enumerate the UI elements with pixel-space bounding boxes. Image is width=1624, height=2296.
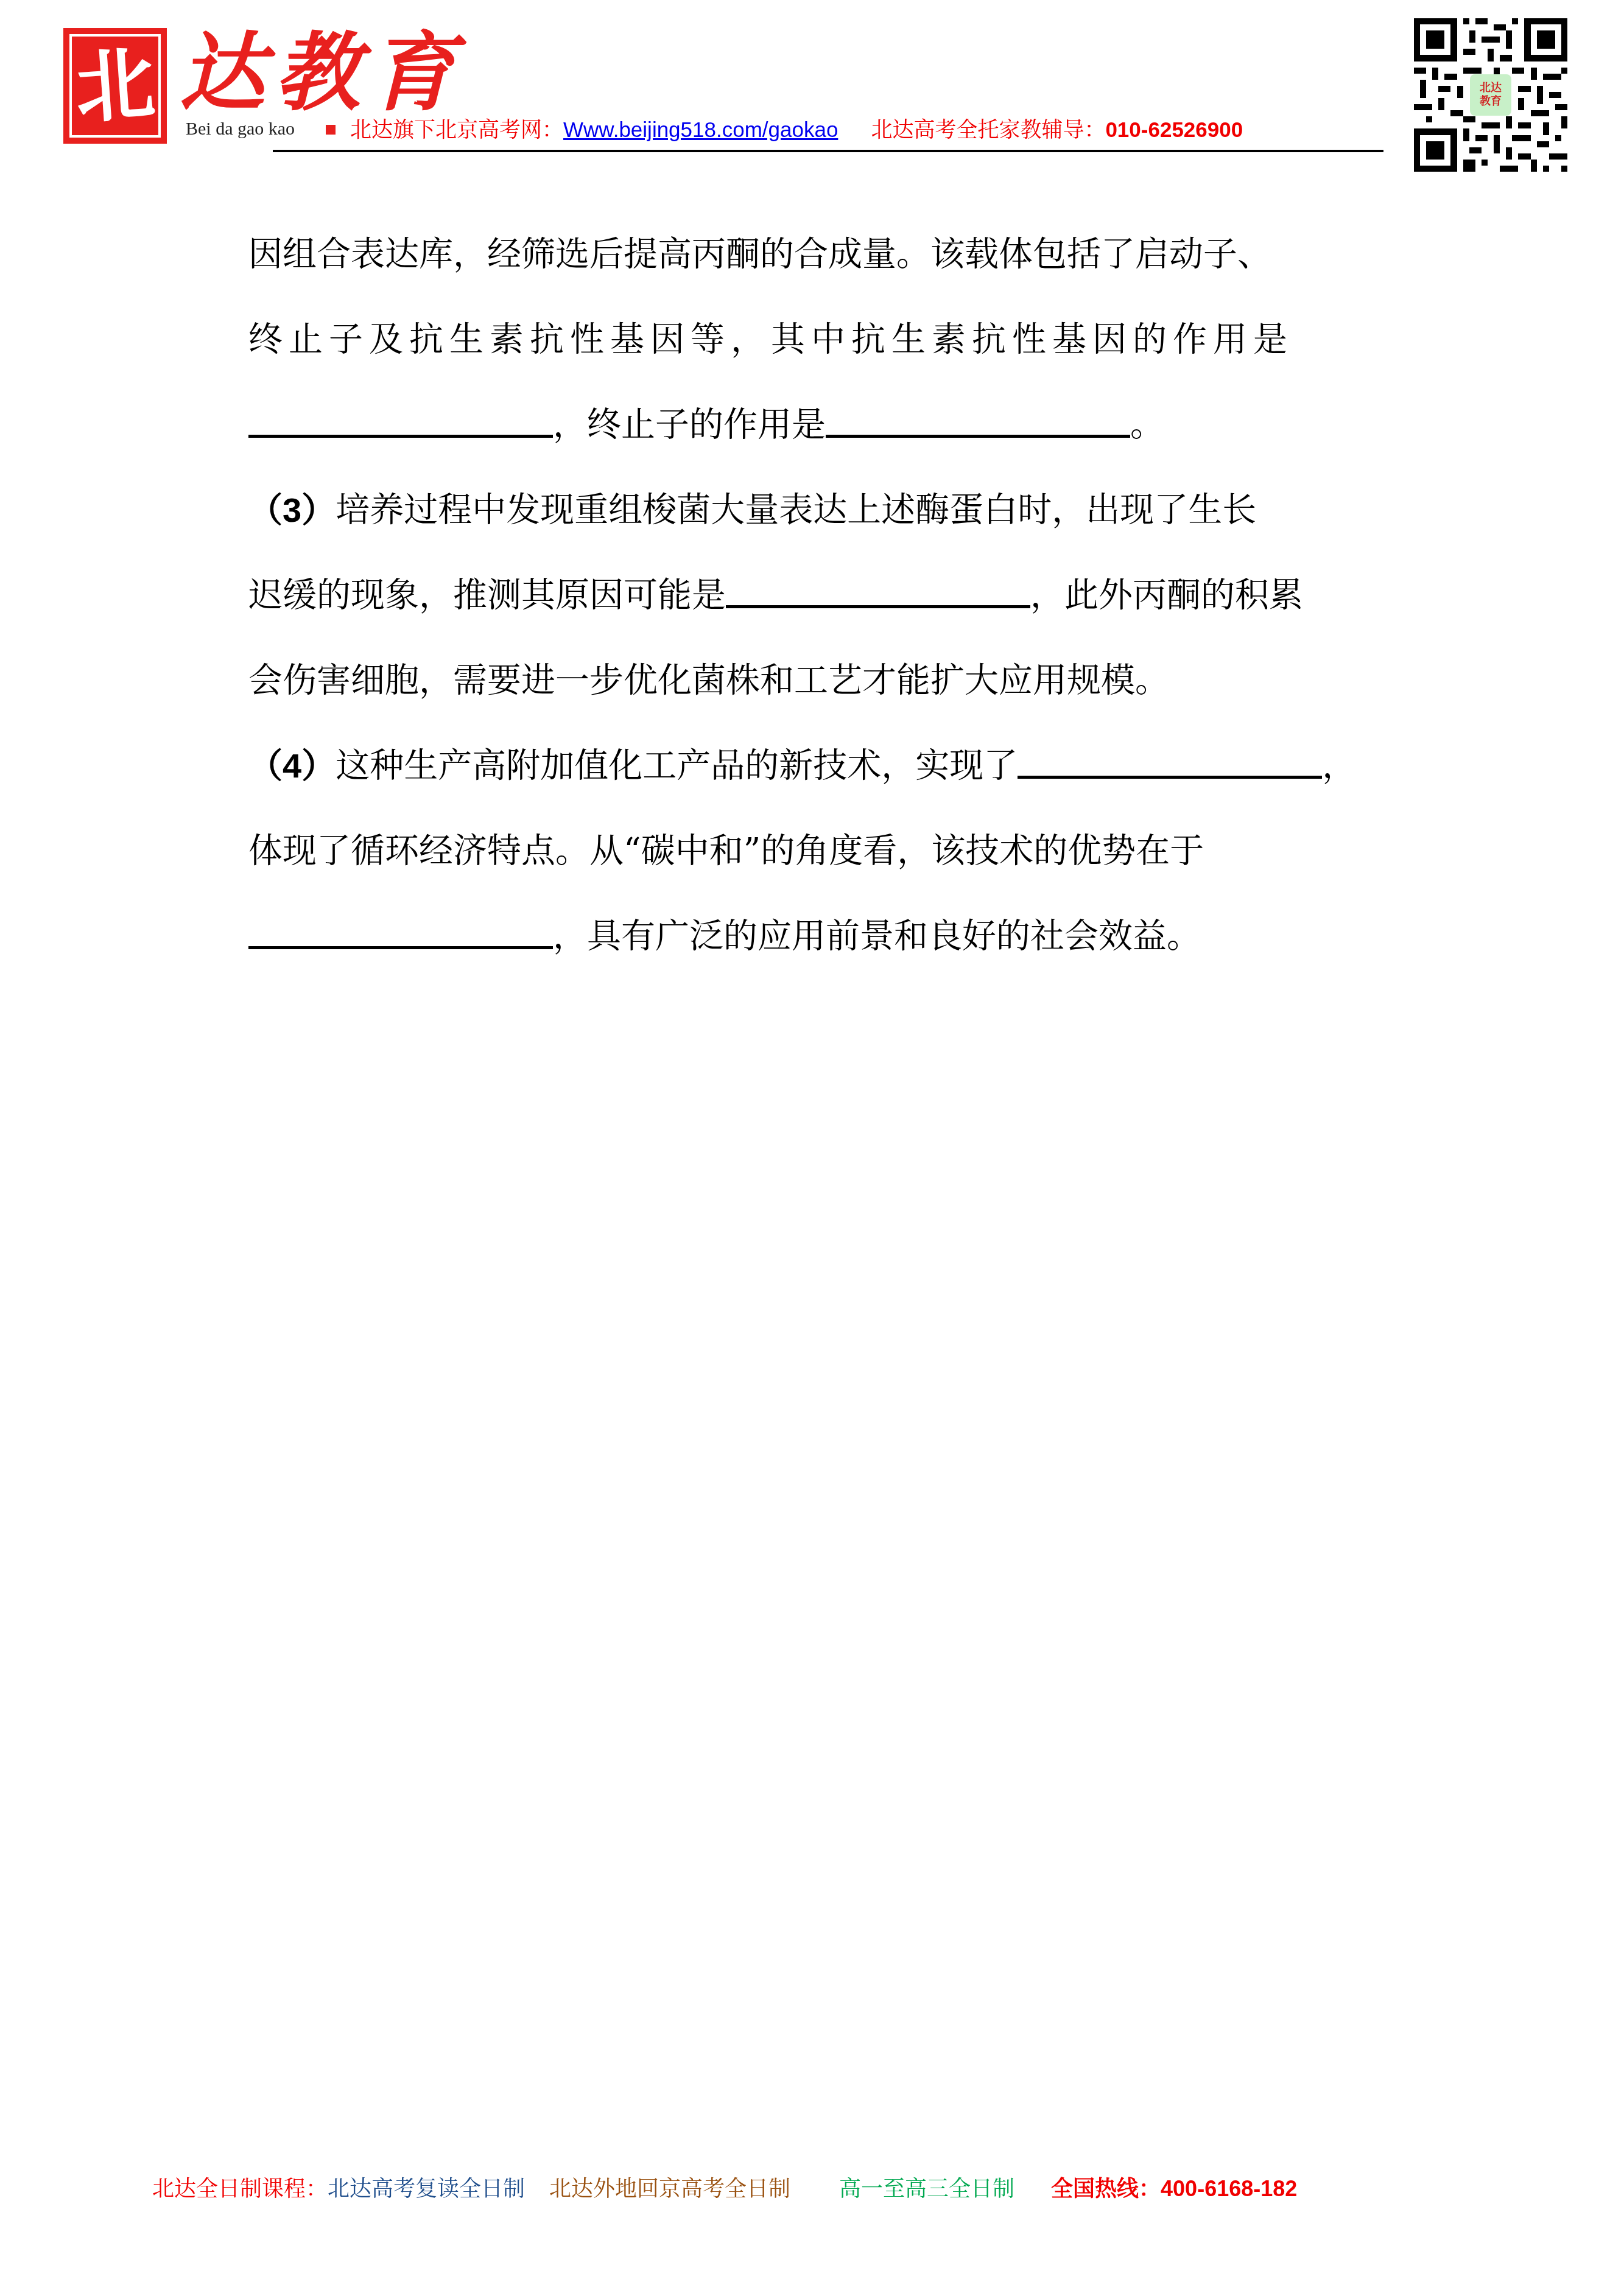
logo-title: 达教育 bbox=[180, 24, 465, 122]
answer-blank[interactable] bbox=[826, 435, 1130, 438]
tutoring-label: 北达高考全托家教辅导： bbox=[871, 118, 1105, 142]
qr-logo-badge: 北达 教育 bbox=[1470, 74, 1511, 116]
logo-seal: 北 bbox=[63, 28, 167, 144]
document-body: 因组合表达库，经筛选后提高丙酮的合成量。该载体包括了启动子、 终止子及抗生素抗性… bbox=[248, 212, 1382, 979]
site-label: 北达旗下北京高考网： bbox=[350, 118, 563, 142]
footer-course-1: 北达高考复读全日制 bbox=[328, 2177, 525, 2202]
question-4-line: （4）这种生产高附加值化工产品的新技术，实现了， bbox=[248, 723, 1382, 809]
text-line-with-blanks: ，具有广泛的应用前景和良好的社会效益。 bbox=[248, 894, 1382, 979]
question-4-label: （4） bbox=[248, 723, 336, 809]
footer-hotline-label: 全国热线： bbox=[1051, 2177, 1161, 2202]
text-line: 体现了循环经济特点。从“碳中和”的角度看，该技术的优势在于 bbox=[248, 809, 1382, 894]
qr-code: 北达 教育 bbox=[1414, 18, 1567, 172]
footer-course-3: 高一至高三全日制 bbox=[839, 2177, 1014, 2202]
site-link[interactable]: Www.beijing518.com/gaokao bbox=[563, 118, 838, 142]
text-line: 会伤害细胞，需要进一步优化菌株和工艺才能扩大应用规模。 bbox=[248, 638, 1382, 723]
header-info-line: 北达旗下北京高考网：Www.beijing518.com/gaokao北达高考全… bbox=[350, 117, 1243, 144]
tutoring-phone: 010-62526900 bbox=[1105, 118, 1243, 142]
footer-courses-label: 北达全日制课程： bbox=[152, 2177, 328, 2202]
question-3-line: （3）培养过程中发现重组梭菌大量表达上述酶蛋白时，出现了生长 bbox=[248, 468, 1382, 553]
logo-seal-char: 北 bbox=[73, 44, 158, 128]
answer-blank[interactable] bbox=[248, 946, 553, 949]
text-line-with-blanks: ，终止子的作用是。 bbox=[248, 382, 1382, 468]
text-line: 因组合表达库，经筛选后提高丙酮的合成量。该载体包括了启动子、 bbox=[248, 212, 1382, 297]
text-line-with-blanks: 迟缓的现象，推测其原因可能是，此外丙酮的积累 bbox=[248, 553, 1382, 638]
footer-hotline-number: 400-6168-182 bbox=[1161, 2176, 1297, 2201]
bullet-square-icon bbox=[326, 125, 336, 135]
text-line: 终止子及抗生素抗性基因等，其中抗生素抗性基因的作用是 bbox=[248, 297, 1382, 382]
answer-blank[interactable] bbox=[1018, 776, 1322, 779]
logo-subtitle: Bei da gao kao bbox=[186, 117, 295, 141]
footer: 北达全日制课程：北达高考复读全日制北达外地回京高考全日制高一至高三全日制全国热线… bbox=[152, 2174, 1297, 2205]
footer-course-2: 北达外地回京高考全日制 bbox=[549, 2177, 790, 2202]
question-3-label: （3） bbox=[248, 468, 336, 553]
answer-blank[interactable] bbox=[248, 435, 553, 438]
answer-blank[interactable] bbox=[726, 605, 1030, 608]
header-divider bbox=[273, 150, 1383, 152]
